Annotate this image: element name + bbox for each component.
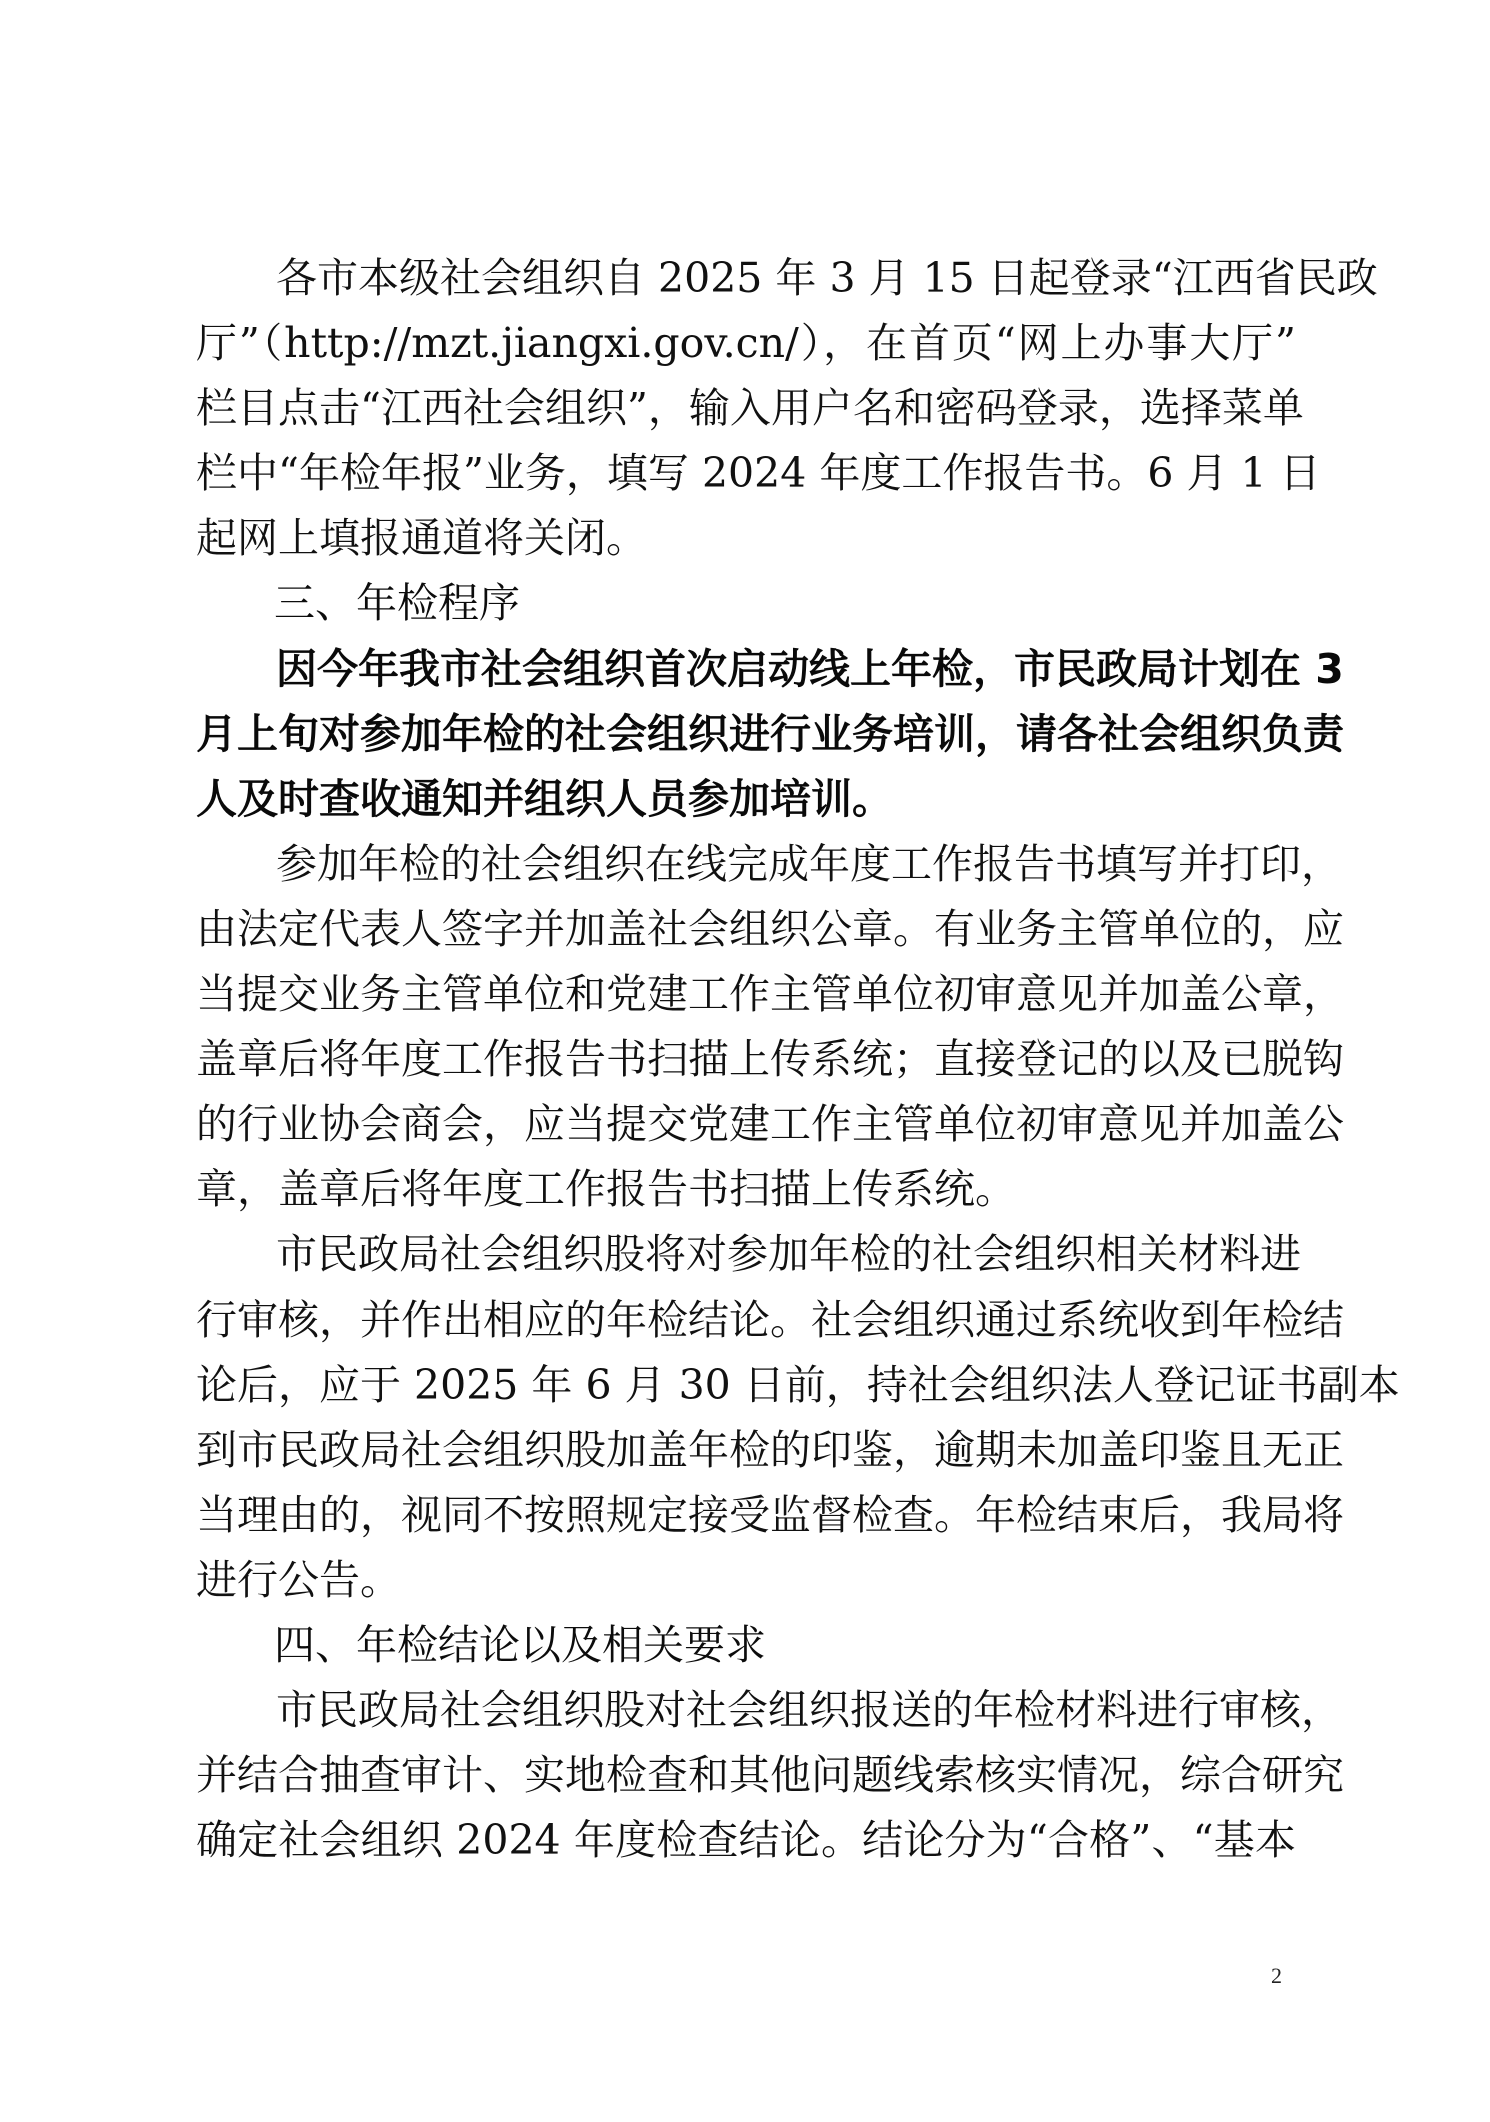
text-line: 行审核，并作出相应的年检结论。社会组织通过系统收到年检结	[196, 1288, 1296, 1353]
paragraph-review-and-seal: 市民政局社会组织股将对参加年检的社会组织相关材料进 行审核，并作出相应的年检结论…	[196, 1222, 1296, 1613]
text-line: 当提交业务主管单位和党建工作主管单位初审意见并加盖公章，	[196, 962, 1296, 1027]
page-number: 2	[1271, 1963, 1282, 1989]
paragraph-training-notice: 因今年我市社会组织首次启动线上年检，市民政局计划在 3 月上旬对参加年检的社会组…	[196, 637, 1296, 832]
document-page: 各市本级社会组织自 2025 年 3 月 15 日起登录“江西省民政 厅”（ht…	[0, 0, 1490, 2122]
text-line: 由法定代表人签字并加盖社会组织公章。有业务主管单位的，应	[196, 897, 1296, 962]
text-line: 参加年检的社会组织在线完成年度工作报告书填写并打印，	[196, 832, 1296, 897]
text-line: 市民政局社会组织股将对参加年检的社会组织相关材料进	[196, 1222, 1296, 1287]
text-line: 确定社会组织 2024 年度检查结论。结论分为“合格”、“基本	[196, 1808, 1296, 1873]
text-line: 起网上填报通道将关闭。	[196, 506, 1296, 571]
paragraph-inspection-conclusion: 市民政局社会组织股对社会组织报送的年检材料进行审核， 并结合抽查审计、实地检查和…	[196, 1678, 1296, 1873]
text-line: 论后，应于 2025 年 6 月 30 日前，持社会组织法人登记证书副本	[196, 1353, 1296, 1418]
text-line: 盖章后将年度工作报告书扫描上传系统；直接登记的以及已脱钩	[196, 1027, 1296, 1092]
document-body: 各市本级社会组织自 2025 年 3 月 15 日起登录“江西省民政 厅”（ht…	[196, 246, 1296, 1873]
text-line: 市民政局社会组织股对社会组织报送的年检材料进行审核，	[196, 1678, 1296, 1743]
text-line: 当理由的，视同不按照规定接受监督检查。年检结束后，我局将	[196, 1483, 1296, 1548]
text-line: 栏中“年检年报”业务，填写 2024 年度工作报告书。6 月 1 日	[196, 441, 1296, 506]
text-line: 因今年我市社会组织首次启动线上年检，市民政局计划在 3	[196, 637, 1296, 702]
text-line: 进行公告。	[196, 1548, 1296, 1613]
section-heading-annual-inspection-procedure: 三、年检程序	[196, 571, 1296, 636]
text-line: 月上旬对参加年检的社会组织进行业务培训，请各社会组织负责	[196, 702, 1296, 767]
text-line: 栏目点击“江西社会组织”，输入用户名和密码登录，选择菜单	[196, 376, 1296, 441]
text-line: 并结合抽查审计、实地检查和其他问题线索核实情况，综合研究	[196, 1743, 1296, 1808]
text-line: 的行业协会商会，应当提交党建工作主管单位初审意见并加盖公	[196, 1092, 1296, 1157]
section-heading-conclusions-and-requirements: 四、年检结论以及相关要求	[196, 1613, 1296, 1678]
text-line: 厅”（http://mzt.jiangxi.gov.cn/），在首页“网上办事大…	[196, 311, 1296, 376]
paragraph-online-login: 各市本级社会组织自 2025 年 3 月 15 日起登录“江西省民政 厅”（ht…	[196, 246, 1296, 571]
text-line: 章，盖章后将年度工作报告书扫描上传系统。	[196, 1157, 1296, 1222]
heading-line: 四、年检结论以及相关要求	[196, 1613, 1296, 1678]
heading-line: 三、年检程序	[196, 571, 1296, 636]
text-line: 人及时查收通知并组织人员参加培训。	[196, 767, 1296, 832]
text-line: 到市民政局社会组织股加盖年检的印鉴，逾期未加盖印鉴且无正	[196, 1418, 1296, 1483]
paragraph-report-submission: 参加年检的社会组织在线完成年度工作报告书填写并打印， 由法定代表人签字并加盖社会…	[196, 832, 1296, 1223]
text-line: 各市本级社会组织自 2025 年 3 月 15 日起登录“江西省民政	[196, 246, 1296, 311]
